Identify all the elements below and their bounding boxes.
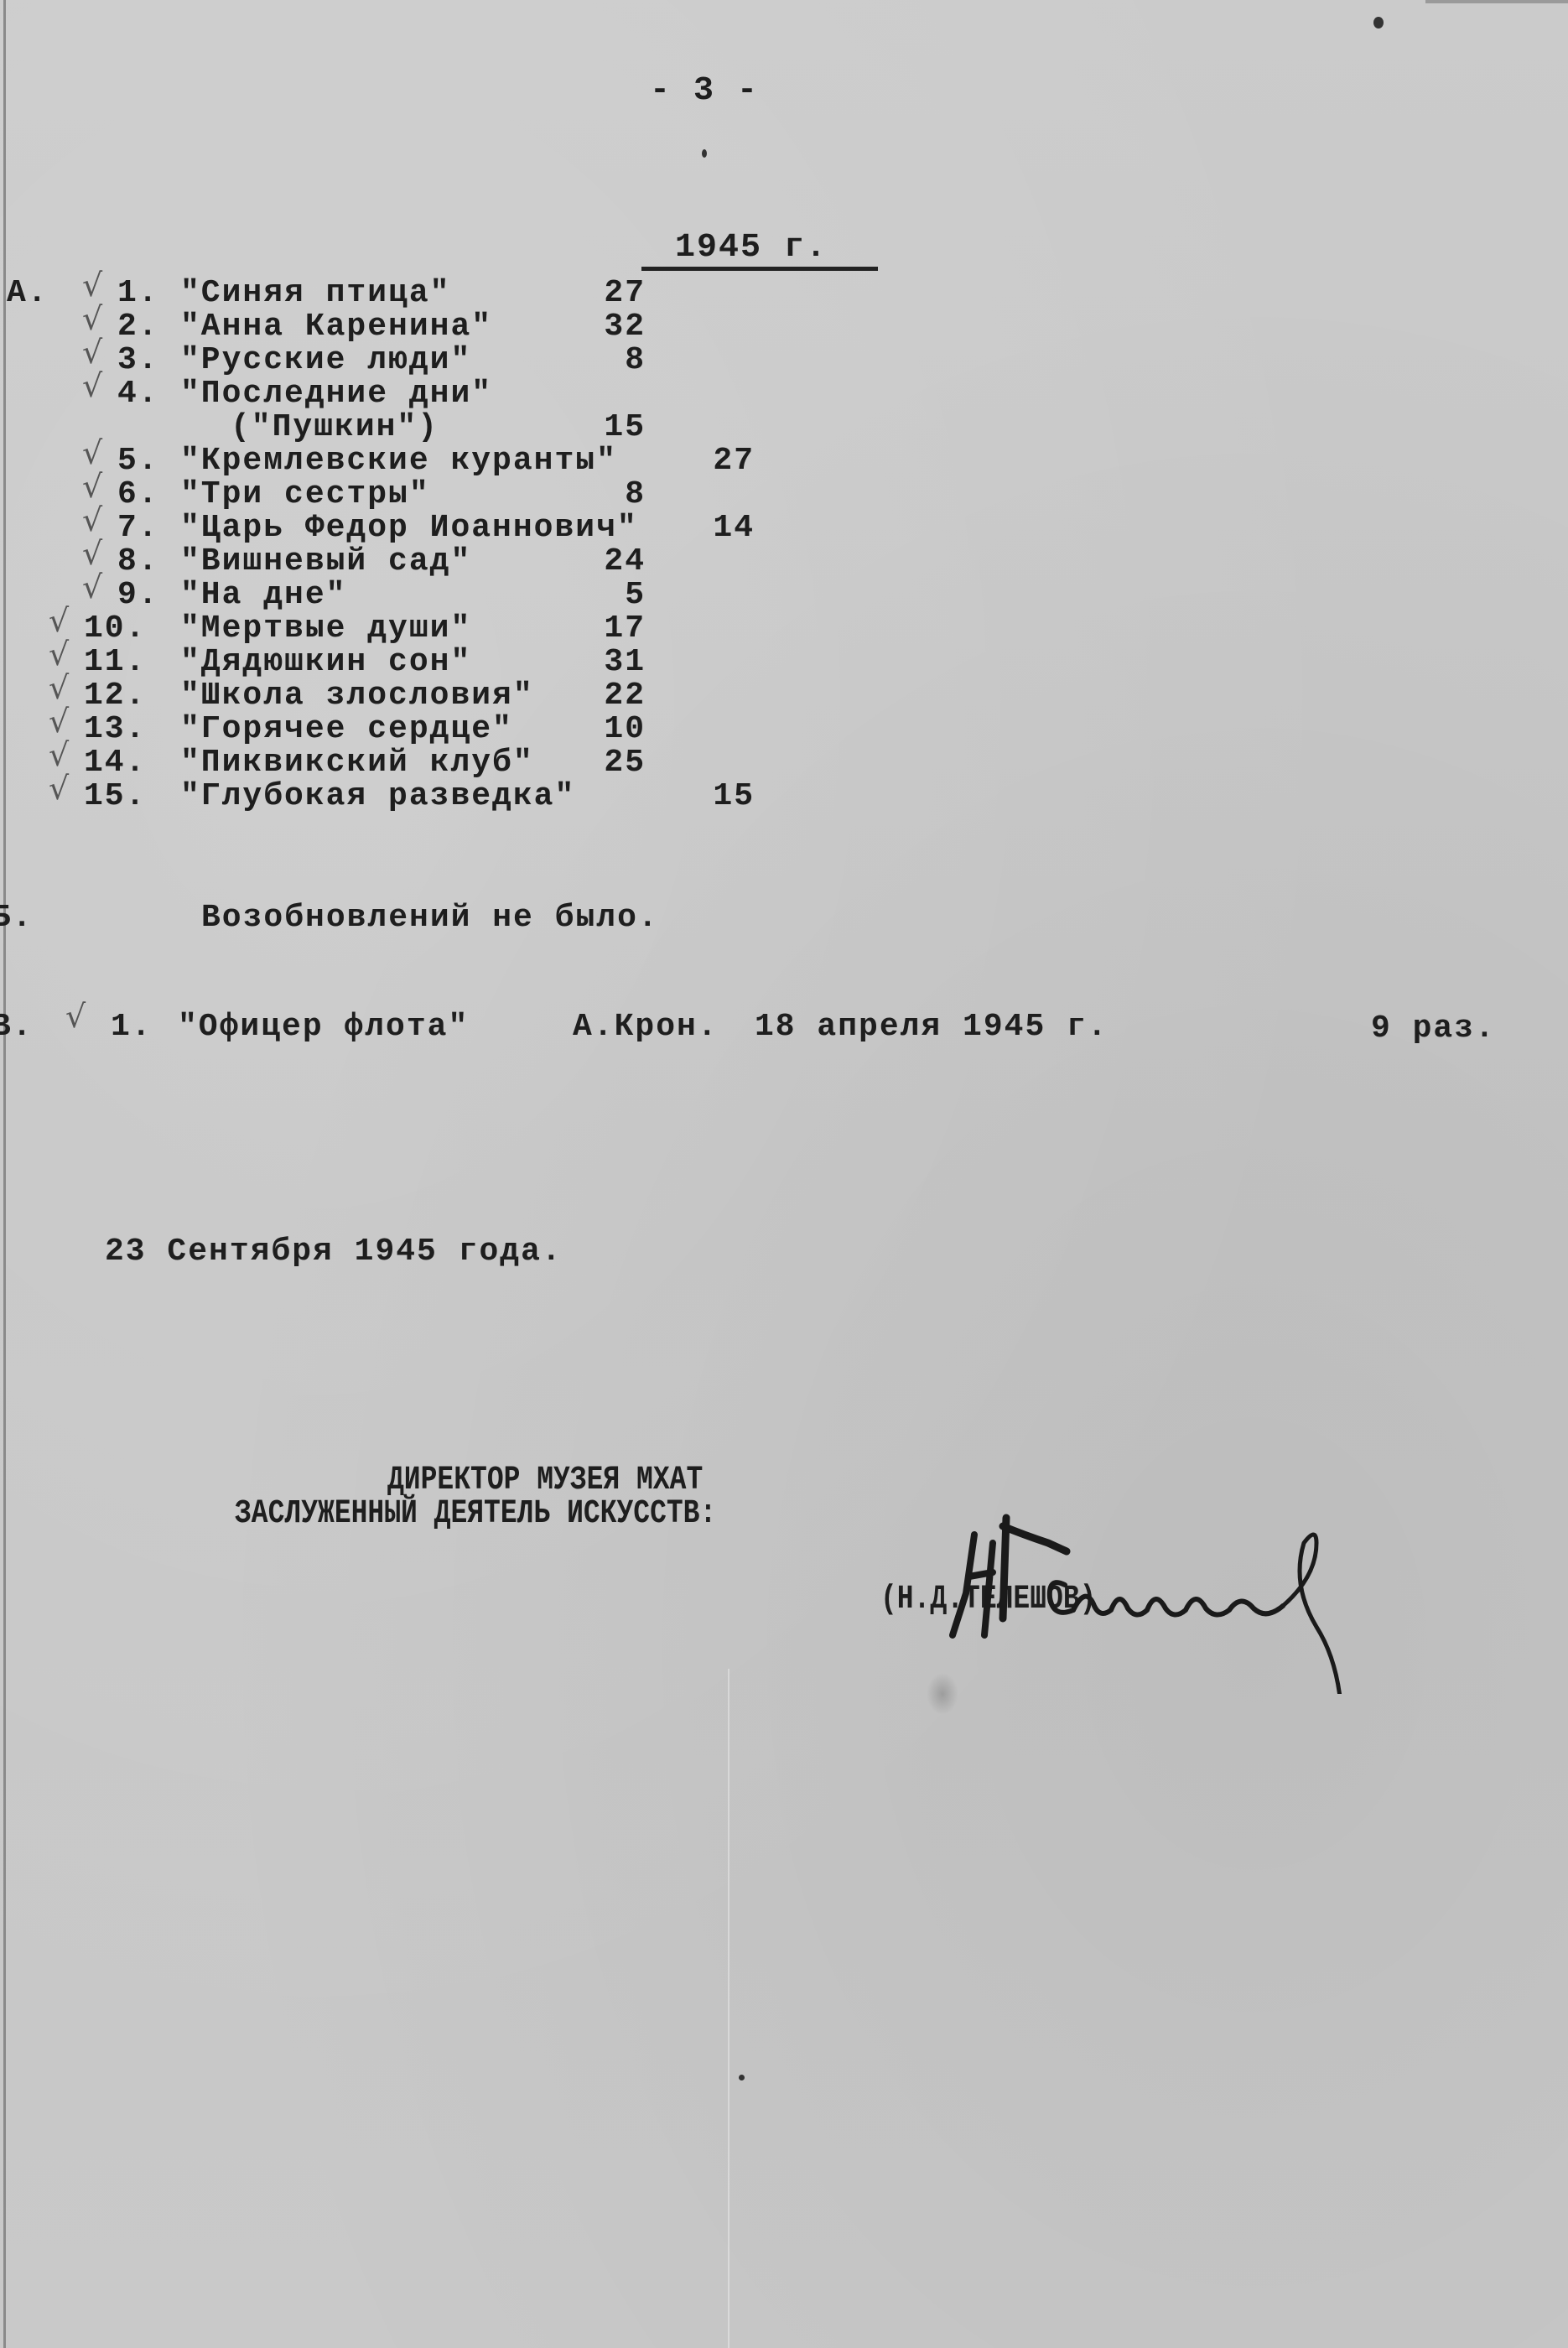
list-item-title: "Русские люди" [180,344,471,377]
list-item-count: 15 [688,780,755,813]
list-item-title: "Кремлевские куранты" [180,444,617,478]
list-item-count: 8 [579,344,646,377]
list-item-number: 14. [84,746,146,780]
list-item-count: 32 [579,310,646,344]
list-item-title: "Синяя птица" [180,277,450,310]
section-b-text: Возобновлений не было. [201,901,659,935]
checkmark-icon: √ [82,470,104,503]
list-item-number: 10. [84,612,146,646]
list-item-title: "Последние дни" [180,377,492,411]
signatory-title-line1: ДИРЕКТОР МУЗЕЯ МХАТ [387,1462,703,1499]
checkmark-icon: √ [82,503,104,537]
page-edge [3,0,6,2348]
checkmark-icon: √ [49,637,70,671]
ink-spot [739,2075,745,2080]
checkmark-icon: √ [49,671,70,704]
list-item-title: "Школа злословия" [180,679,534,713]
list-item-title: "Анна Каренина" [180,310,492,344]
ink-smudge [927,1673,958,1715]
list-item-number: 1. [117,277,159,310]
list-item-count: 25 [579,746,646,780]
signatory-title-line2: ЗАСЛУЖЕННЫЙ ДЕЯТЕЛЬ ИСКУССТВ: [235,1496,716,1532]
section-c-item-number: 1. [111,1010,153,1044]
list-item-title: "Горячее сердце" [180,713,513,746]
list-item-title: "Мертвые души" [180,612,471,646]
checkmark-icon: √ [82,369,104,403]
list-item-number: 2. [117,310,159,344]
list-item-number: 3. [117,344,159,377]
paper-fold [728,1669,729,2348]
list-item-number: 12. [84,679,146,713]
list-item-number: 4. [117,377,159,411]
list-item-count: 14 [688,512,755,545]
list-item-count: 27 [579,277,646,310]
list-item-title: "Пиквикский клуб" [180,746,534,780]
section-b-label: Б. [0,901,34,935]
checkmark-icon: √ [65,1000,87,1033]
list-item-title: "Царь Федор Иоаннович" [180,512,638,545]
section-c-item-author: А.Крон. [573,1010,719,1044]
page-number-marker: - 3 - [650,74,759,109]
list-item-number: 13. [84,713,146,746]
checkmark-icon: √ [82,436,104,470]
checkmark-icon: √ [49,704,70,738]
list-item-title: "Дядюшкин сон" [180,646,471,679]
section-c-item-count: 9 раз. [1371,1012,1496,1046]
list-item-count: 27 [688,444,755,478]
year-heading-underline [641,267,878,271]
ink-spot [1373,17,1384,29]
list-item-number: 7. [117,512,159,545]
list-item-number: 8. [117,545,159,579]
list-item-count: 5 [579,579,646,612]
year-heading: 1945 г. [675,231,828,266]
list-item-number: 9. [117,579,159,612]
section-c-label: В. [0,1010,34,1044]
ink-spot [702,149,707,158]
document-date: 23 Сентября 1945 года. [105,1235,563,1269]
section-c-item-date: 18 апреля 1945 г. [755,1010,1109,1044]
checkmark-icon: √ [82,537,104,570]
list-item-number: 5. [117,444,159,478]
checkmark-icon: √ [82,570,104,604]
page-edge-top [1425,0,1568,3]
checkmark-icon: √ [49,738,70,771]
list-item-subtitle: ("Пушкин") [231,411,439,444]
list-item-title: "Три сестры" [180,478,430,512]
section-a-label: А. [7,277,49,310]
list-item-number: 6. [117,478,159,512]
checkmark-icon: √ [82,335,104,369]
section-c-item-title: "Офицер флота" [178,1010,469,1044]
list-item-count: 10 [579,713,646,746]
list-item-title: "Вишневый сад" [180,545,471,579]
checkmark-icon: √ [82,268,104,302]
list-item-count: 15 [579,411,646,444]
list-item-count: 31 [579,646,646,679]
list-item-count: 22 [579,679,646,713]
list-item-number: 15. [84,780,146,813]
checkmark-icon: √ [49,604,70,637]
handwritten-signature [922,1493,1459,1694]
list-item-count: 17 [579,612,646,646]
list-item-title: "Глубокая разведка" [180,780,575,813]
list-item-count: 24 [579,545,646,579]
list-item-number: 11. [84,646,146,679]
checkmark-icon: √ [49,771,70,805]
checkmark-icon: √ [82,302,104,335]
list-item-count: 8 [579,478,646,512]
list-item-title: "На дне" [180,579,346,612]
